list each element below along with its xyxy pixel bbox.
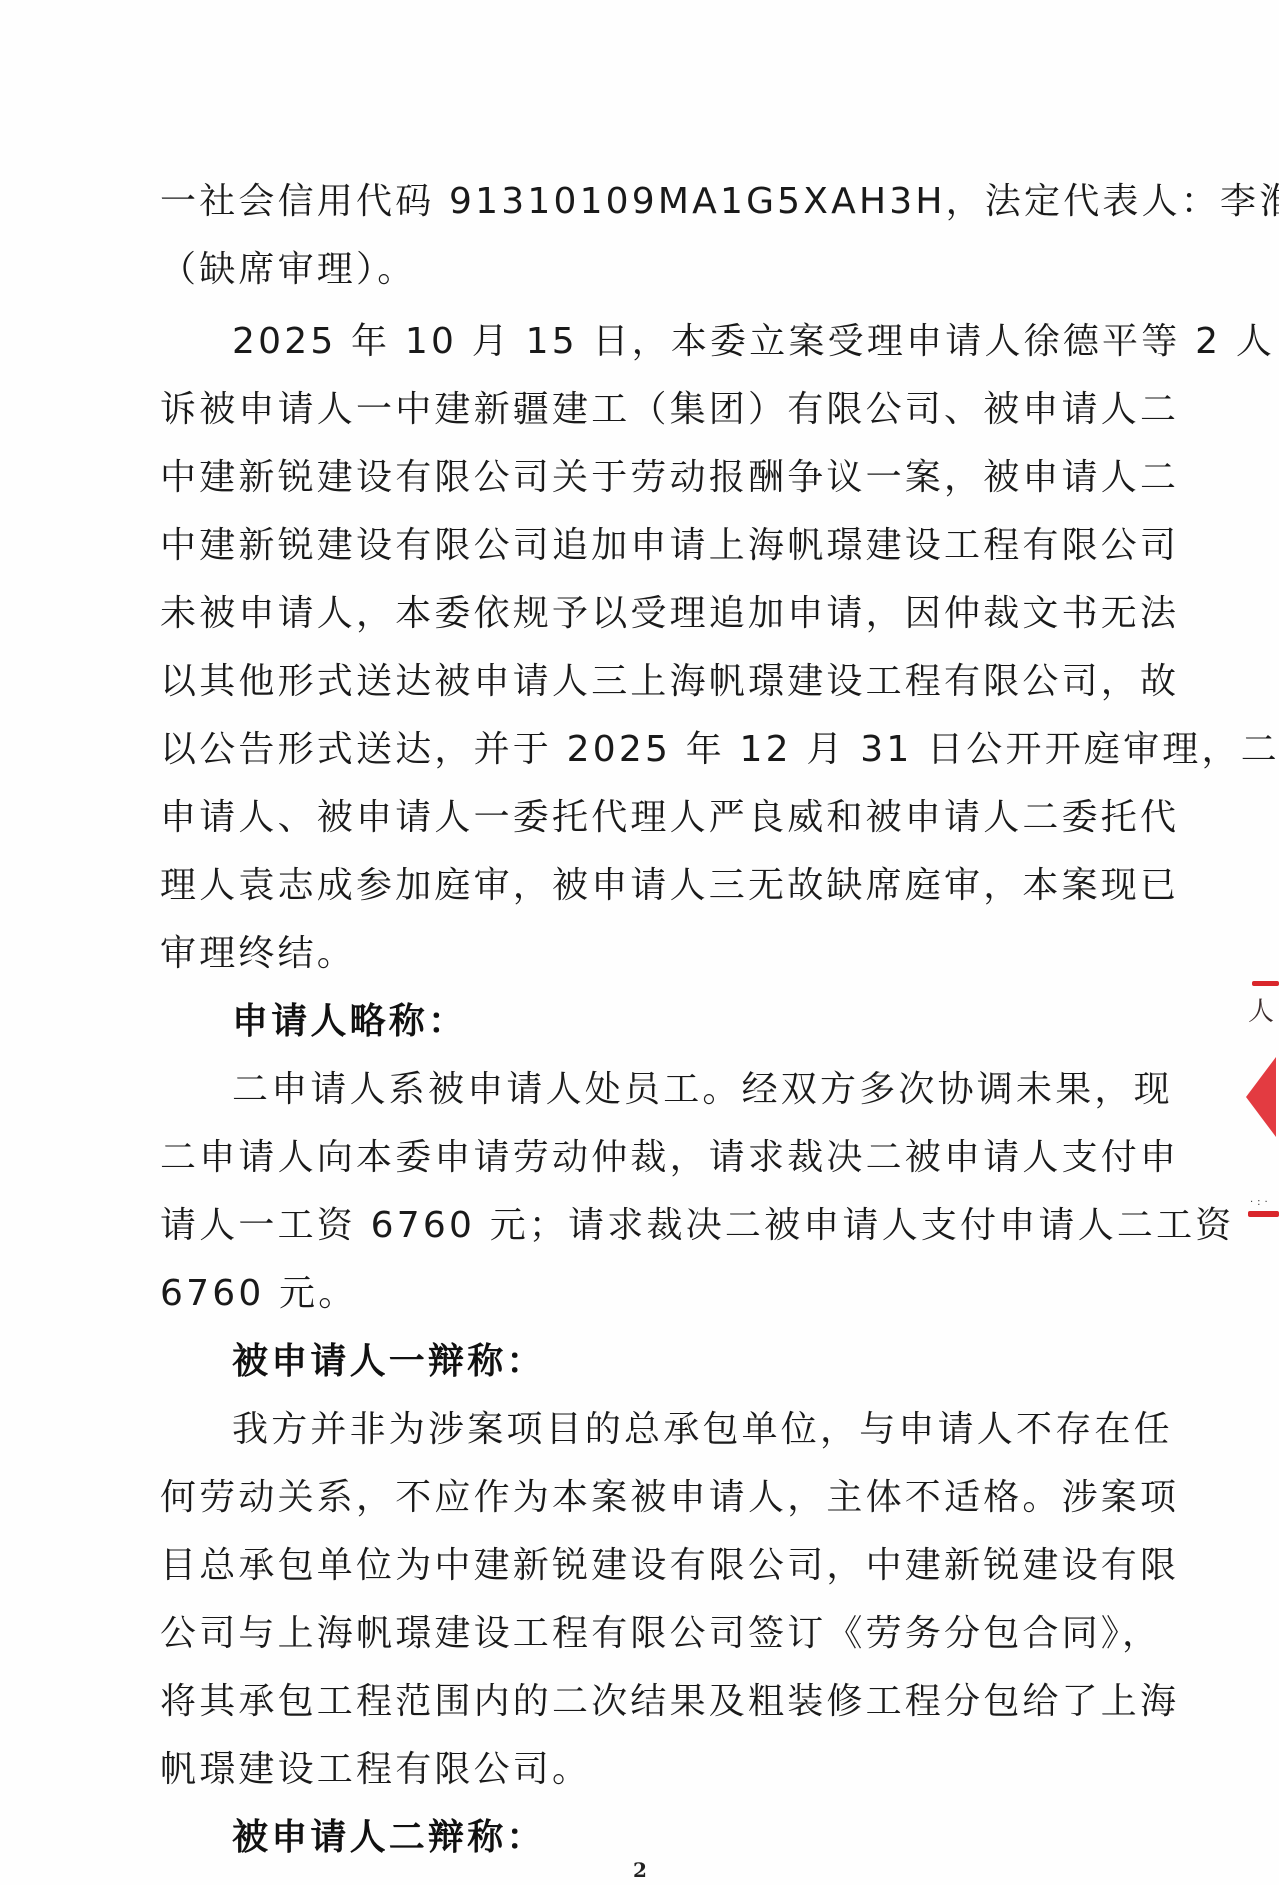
text-line: 诉被申请人一中建新疆建工（集团）有限公司、被申请人二 [160,388,1110,432]
text-line-absent-trial: （缺席审理）。 [160,248,1110,292]
seal-top-bar [1252,981,1279,986]
document-page: 一社会信用代码 91310109MA1G5XAH3H，法定代表人：李淮桐 （缺席… [0,0,1279,1885]
text-line: 以其他形式送达被申请人三上海帆璟建设工程有限公司，故 [160,660,1110,704]
text-line: 申请人、被申请人一委托代理人严良威和被申请人二委托代 [160,796,1110,840]
text-line: 我方并非为涉案项目的总承包单位，与申请人不存在任 [232,1408,1110,1452]
text-line: 将其承包工程范围内的二次结果及粗装修工程分包给了上海 [160,1680,1110,1724]
seal-bottom-bar [1248,1211,1279,1217]
seal-dots: ·:· [1250,1197,1272,1208]
text-line: 请人一工资 6760 元；请求裁决二被申请人支付申请人二工资 [160,1204,1110,1248]
text-line-credit-code: 一社会信用代码 91310109MA1G5XAH3H，法定代表人：李淮桐 [160,180,1110,224]
red-seal-partial: 人 ·:· [1242,975,1279,1225]
section-heading-respondent-two-defense: 被申请人二辩称： [232,1816,1110,1860]
text-line: 以公告形式送达，并于 2025 年 12 月 31 日公开开庭审理，二 [160,728,1110,772]
text-line: 何劳动关系，不应作为本案被申请人，主体不适格。涉案项 [160,1476,1110,1520]
section-heading-applicant-claims: 申请人略称： [232,1000,1110,1044]
section-heading-respondent-one-defense: 被申请人一辩称： [232,1340,1110,1384]
text-line: 二申请人系被申请人处员工。经双方多次协调未果，现 [232,1068,1110,1112]
text-line: 二申请人向本委申请劳动仲裁，请求裁决二被申请人支付申 [160,1136,1110,1180]
text-line: 中建新锐建设有限公司关于劳动报酬争议一案，被申请人二 [160,456,1110,500]
text-line: 审理终结。 [160,932,1110,976]
page-number: 2 [620,1858,660,1882]
text-line: 公司与上海帆璟建设工程有限公司签订《劳务分包合同》， [160,1612,1110,1656]
text-line: 目总承包单位为中建新锐建设有限公司，中建新锐建设有限 [160,1544,1110,1588]
text-line: 6760 元。 [160,1272,1110,1316]
text-line: 中建新锐建设有限公司追加申请上海帆璟建设工程有限公司 [160,524,1110,568]
seal-char: 人 [1248,991,1274,1028]
seal-stamp-icon [1246,1057,1276,1137]
text-line: 帆璟建设工程有限公司。 [160,1748,1110,1792]
text-line-case-filing: 2025 年 10 月 15 日，本委立案受理申请人徐德平等 2 人 [232,320,1110,364]
text-line: 理人袁志成参加庭审，被申请人三无故缺席庭审，本案现已 [160,864,1110,908]
text-line: 未被申请人，本委依规予以受理追加申请，因仲裁文书无法 [160,592,1110,636]
